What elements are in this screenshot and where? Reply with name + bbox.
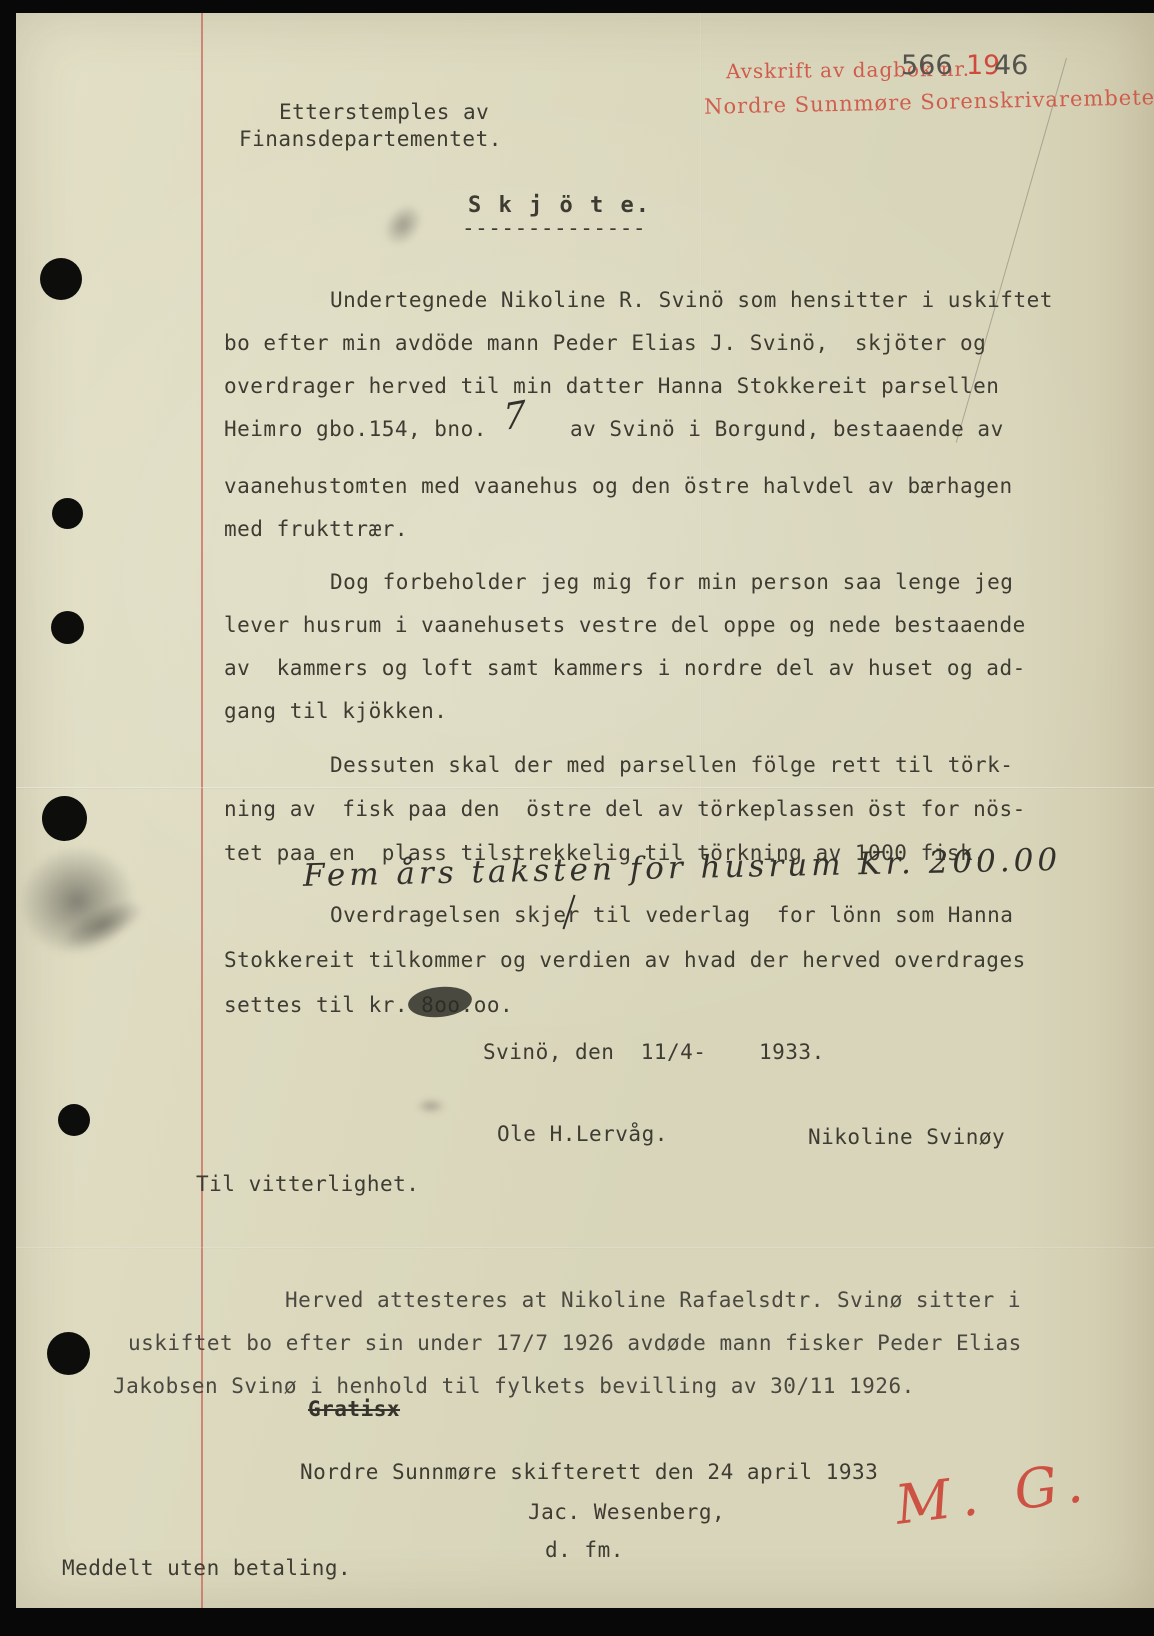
deed-line: av Svinö i Borgund, bestaaende av <box>570 417 1004 442</box>
punch-hole <box>51 611 84 644</box>
punch-hole <box>40 258 82 300</box>
punch-hole <box>42 796 87 841</box>
witness-label: Til vitterlighet. <box>196 1172 419 1197</box>
footer-note: Meddelt uten betaling. <box>62 1556 351 1581</box>
deed-line: av kammers og loft samt kammers i nordre… <box>224 656 1026 681</box>
court-signature-title: d. fm. <box>545 1538 624 1563</box>
deed-line: Dog forbeholder jeg mig for min person s… <box>330 570 1013 595</box>
deed-line: overdrager herved til min datter Hanna S… <box>224 374 999 399</box>
title-underline: -------------- <box>462 216 646 241</box>
deed-line: gang til kjökken. <box>224 699 447 724</box>
scanned-document-page: Avskrift av dagbok nr. 566 19 46 Nordre … <box>0 0 1154 1636</box>
attestation-line: uskiftet bo efter sin under 17/7 1926 av… <box>128 1331 1022 1356</box>
gratis-note-struck: Gratisx <box>308 1397 400 1422</box>
punch-hole <box>47 1332 90 1375</box>
deed-line: ning av fisk paa den östre del av törkep… <box>224 797 1026 822</box>
attestation-line: Herved attesteres at Nikoline Rafaelsdtr… <box>285 1288 1021 1313</box>
deed-line: Dessuten skal der med parsellen fölge re… <box>330 753 1013 778</box>
deed-line: Undertegnede Nikoline R. Svinö som hensi… <box>330 288 1053 313</box>
fold-crease <box>16 787 1154 789</box>
court-signature: Jac. Wesenberg, <box>528 1500 725 1525</box>
punch-hole <box>58 1104 90 1136</box>
journal-year: 46 <box>994 50 1028 81</box>
punch-hole <box>52 498 83 529</box>
red-margin-line <box>201 13 203 1608</box>
handwritten-parcel-number: 7 <box>502 394 526 439</box>
deed-line: lever husrum i vaanehusets vestre del op… <box>224 613 1026 638</box>
fold-crease <box>16 1247 1154 1249</box>
signature-grantor: Nikoline Svinøy <box>808 1125 1005 1150</box>
attestation-line: Jakobsen Svinø i henhold til fylkets bev… <box>113 1374 915 1399</box>
deed-line: Stokkereit tilkommer og verdien av hvad … <box>224 948 1026 973</box>
journal-number: 566 <box>901 50 953 81</box>
deed-line: Heimro gbo.154, bno. <box>224 417 487 442</box>
deed-line: bo efter min avdöde mann Peder Elias J. … <box>224 331 986 356</box>
corner-note-line: Finansdepartementet. <box>239 127 502 152</box>
corner-note-line: Etterstemples av <box>279 100 489 125</box>
deed-line: vaanehustomten med vaanehus og den östre… <box>224 474 1013 499</box>
court-dateline: Nordre Sunnmøre skifterett den 24 april … <box>300 1460 878 1485</box>
signature-witness: Ole H.Lervåg. <box>497 1122 668 1147</box>
dateline: Svinö, den 11/4- 1933. <box>483 1040 825 1065</box>
deed-line: Overdragelsen skjer til vederlag for lön… <box>330 903 1013 928</box>
graphite-smudge <box>416 1098 446 1114</box>
deed-line: med frukttrær. <box>224 517 408 542</box>
